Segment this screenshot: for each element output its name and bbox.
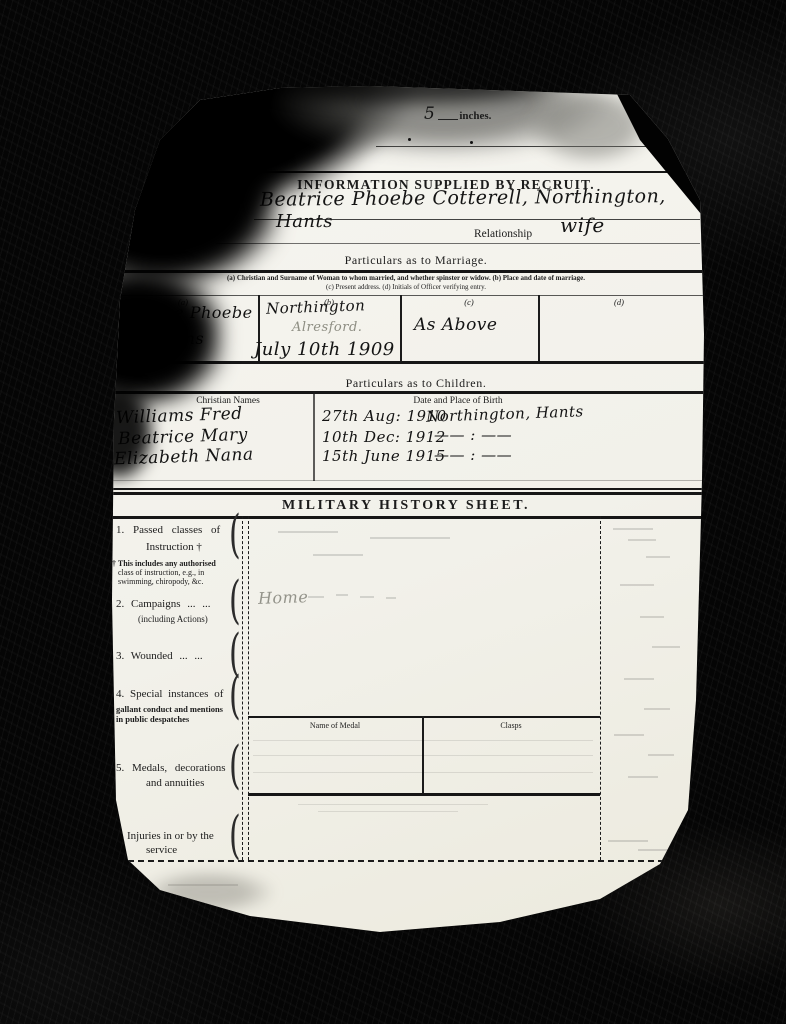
medal-col-clasps-header: Clasps — [422, 721, 600, 730]
smoke-stain-top-right — [526, 86, 656, 166]
document-paper: 5inches. INFORMATION SUPPLIED BY RECRUIT… — [108, 84, 704, 936]
marriage-note-line2: (c) Present address. (d) Initials of Off… — [114, 283, 698, 291]
ruler-unit: inches. — [459, 110, 491, 122]
item6-brace: ( — [229, 812, 241, 863]
child-row-3-name: Elizabeth Nana — [114, 445, 254, 470]
military-label-divider-outer — [242, 516, 243, 860]
item6-label-line1: 6. Injuries in or by the — [116, 830, 214, 842]
medal-table-top-rule — [248, 716, 600, 718]
item4-sublabel-line2: in public despatches — [116, 714, 189, 724]
item1-footnote-line1: † This includes any authorised — [112, 559, 216, 568]
child-row-2-ditto: —— : —— — [434, 426, 512, 444]
marriage-present-address-handwritten: As Above — [414, 315, 497, 335]
children-table-bottom-rule — [108, 480, 704, 481]
marriage-section-title: Particulars as to Marriage. — [168, 253, 664, 268]
marriage-note-line1: (a) Christian and Surname of Woman to wh… — [114, 274, 698, 282]
item5-label-line2: and annuities — [146, 777, 204, 789]
item1-footnote-line3: swimming, chiropody, &c. — [118, 577, 203, 586]
marriage-place-handwritten: Northington — [266, 296, 366, 317]
marriage-wife-name-line2: pkins — [158, 329, 204, 348]
military-double-rule-2 — [108, 492, 704, 495]
soot-stain-top — [108, 84, 437, 263]
item2-value-handwritten: Home — [258, 587, 309, 608]
smudge-bottom-left — [144, 870, 274, 914]
military-double-rule-1 — [108, 488, 704, 490]
military-label-divider-inner — [248, 516, 249, 860]
item5-label-line1: 5. Medals, decorations — [116, 762, 226, 774]
item1-footnote-line2: class of instruction, e.g., in — [118, 568, 204, 577]
medal-table-bottom-rule — [248, 793, 600, 796]
item1-label-line1: 1. Passed classes of — [116, 524, 220, 536]
military-table-top-rule — [108, 516, 704, 519]
marriage-table-bottom-rule — [108, 361, 704, 364]
item4-label-line1: 4. Special instances of — [116, 688, 223, 700]
medal-col-name-header: Name of Medal — [248, 721, 422, 730]
relationship-label: Relationship — [474, 228, 532, 240]
item4-brace: ( — [229, 672, 241, 723]
charred-top-edge — [258, 84, 568, 106]
marriage-col-d-label: (d) — [599, 297, 639, 307]
item4-sublabel-line1: gallant conduct and mentions — [116, 704, 223, 714]
child-row-3-ditto: —— : —— — [434, 446, 512, 464]
ruler-measurement: 5inches. — [424, 104, 491, 124]
ink-speck-2 — [470, 141, 473, 144]
marriage-date-handwritten: July 10th 1909 — [254, 339, 395, 360]
military-right-column-divider — [600, 516, 601, 860]
item2-sublabel: (including Actions) — [138, 614, 208, 624]
photograph-of-document: { "ruler": { "value": "5", "unit": "inch… — [0, 0, 786, 1024]
marriage-place2-handwritten: Alresford. — [292, 320, 362, 335]
ruler-value: 5 — [424, 104, 435, 124]
item2-brace: ( — [229, 577, 241, 628]
marriage-col-divider-3 — [538, 295, 540, 361]
relationship-value-handwritten: wife — [560, 213, 605, 237]
address-handwritten: resford — [152, 210, 222, 231]
child-row-2-date: 10th Dec: 1912 — [322, 428, 446, 446]
next-of-kin-name-handwritten: Beatrice Phoebe Cotterell, Northington, — [260, 185, 666, 211]
marriage-table-top-rule — [108, 270, 704, 273]
item2-label: 2. Campaigns ... ... — [116, 598, 211, 610]
ink-speck-1 — [408, 138, 411, 141]
ruler-blank-line — [438, 119, 458, 120]
marriage-wife-name-line1: trice Phoebe — [144, 303, 253, 322]
item1-brace: ( — [229, 511, 241, 562]
item1-label-line2: Instruction † — [146, 541, 202, 553]
marriage-col-divider-2 — [400, 295, 402, 361]
top-rule-2 — [136, 171, 702, 173]
item5-brace: ( — [229, 742, 241, 793]
item3-label: 3. Wounded ... ... — [116, 650, 203, 662]
top-rule-1 — [376, 146, 698, 147]
item6-label-line2: service — [146, 844, 177, 856]
children-col-divider — [313, 391, 315, 481]
children-section-title: Particulars as to Children. — [168, 376, 664, 391]
marriage-table-header-rule — [108, 295, 704, 296]
military-table-bottom-rule — [108, 860, 704, 862]
child-row-3-date: 15th June 1915 — [322, 447, 446, 465]
relationship-underline — [216, 243, 700, 244]
county-handwritten: Hants — [276, 211, 333, 232]
marriage-col-c-label: (c) — [449, 297, 489, 307]
children-table-top-rule — [108, 391, 704, 394]
